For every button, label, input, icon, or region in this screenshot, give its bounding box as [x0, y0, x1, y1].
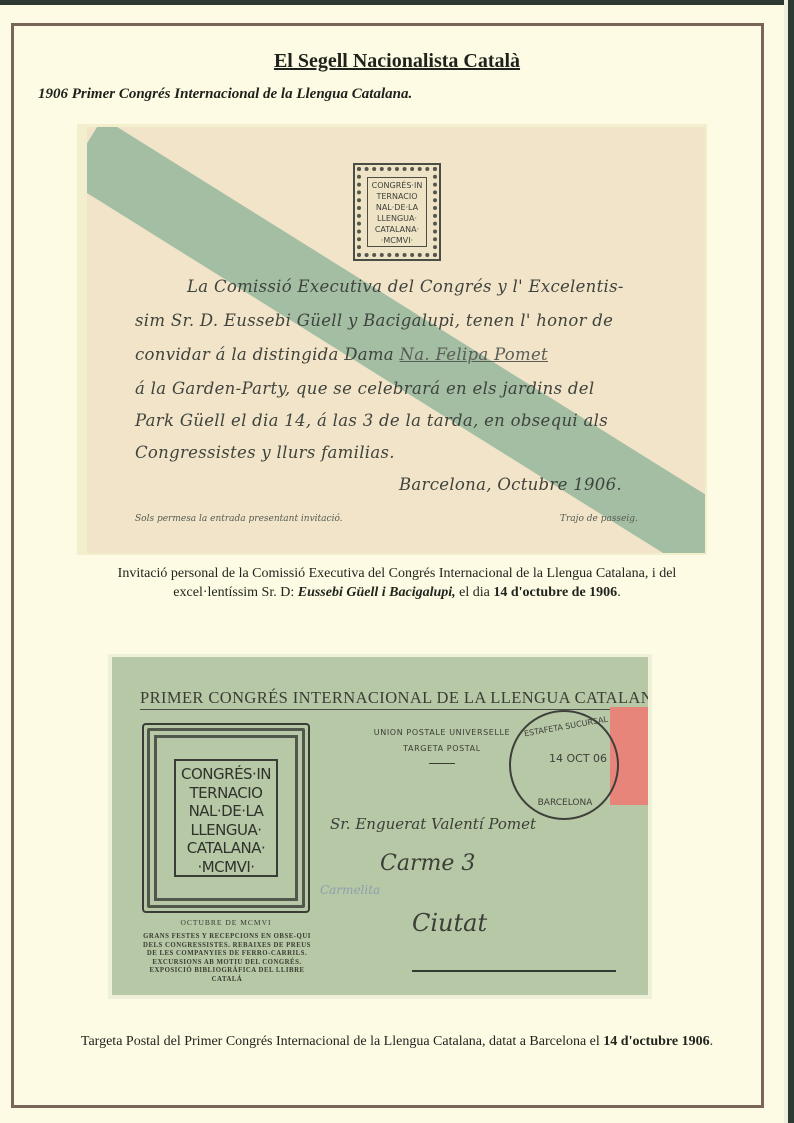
emblem-line: CONGRÉS·IN: [368, 180, 426, 191]
invitation-card: CONGRÉS·IN TERNACIO NAL·DE·LA LLENGUA· C…: [87, 127, 705, 553]
invitation-line: Congressistes y llurs familias.: [135, 443, 395, 462]
postcard-header: PRIMER CONGRÉS INTERNACIONAL DE LA LLENG…: [140, 688, 648, 708]
address-line-2: Carme 3: [380, 851, 475, 876]
postcard-date-label: OCTUBRE DE MCMVI: [142, 918, 310, 927]
emblem-line: CONGRÉS·IN: [176, 765, 276, 784]
targeta-rule: [429, 763, 455, 764]
header-rule: [140, 709, 624, 710]
emblem-line: NAL·DE·LA: [368, 202, 426, 213]
postmark-date: 14 OCT 06: [549, 752, 607, 765]
emblem-line: CATALANA·: [368, 224, 426, 235]
caption-text: Targeta Postal del Primer Congrés Intern…: [81, 1034, 603, 1049]
emblem-line: LLENGUA·: [176, 821, 276, 840]
postmark-top: ESTAFETA SUCURSAL: [523, 715, 609, 739]
postmark-icon: ESTAFETA SUCURSAL 14 OCT 06 BARCELONA: [509, 710, 619, 820]
caption-line: excel·lentíssim Sr. D: Eussebi Güell i B…: [40, 583, 754, 602]
emblem-text: CONGRÉS·IN TERNACIO NAL·DE·LA LLENGUA· C…: [174, 759, 278, 877]
caption-name: Eussebi Güell i Bacigalupi,: [298, 585, 456, 600]
page-title: El Segell Nacionalista Català: [0, 50, 794, 73]
invitation-place-date: Barcelona, Octubre 1906.: [399, 475, 622, 494]
caption-text: .: [617, 585, 621, 600]
caption-line: Invitació personal de la Comissió Execut…: [40, 564, 754, 583]
congress-emblem: CONGRÉS·IN TERNACIO NAL·DE·LA LLENGUA· C…: [353, 163, 441, 261]
invitation-line-text: convidar á la distingida Dama: [135, 345, 394, 364]
invitation-line: La Comissió Executiva del Congrés y l' E…: [187, 277, 624, 296]
postcard-emblem: CONGRÉS·IN TERNACIO NAL·DE·LA LLENGUA· C…: [142, 723, 310, 913]
invitation-footer-right: Trajo de passeig.: [560, 514, 638, 524]
address-rule: [412, 970, 616, 972]
emblem-line: LLENGUA·: [368, 213, 426, 224]
caption-text: el dia: [456, 585, 494, 600]
address-name: Enguerat Valentí Pomet: [355, 815, 536, 833]
upu-label: UNION POSTALE UNIVERSELLE: [342, 728, 542, 737]
handwritten-guest-name: Na. Felipa Pomet: [400, 345, 548, 364]
address-prefix: Sr.: [330, 815, 351, 833]
address-line-3: Ciutat: [412, 909, 487, 937]
caption-text: excel·lentíssim Sr. D:: [173, 585, 297, 600]
postmark-bottom: BARCELONA: [525, 798, 605, 808]
caption-text: .: [710, 1034, 714, 1049]
emblem-line: CATALANA·: [176, 839, 276, 858]
scan-edge-top: [0, 0, 794, 5]
emblem-line: TERNACIO: [368, 191, 426, 202]
emblem-text: CONGRÉS·IN TERNACIO NAL·DE·LA LLENGUA· C…: [367, 177, 427, 247]
caption-date: 14 d'octubre 1906: [603, 1034, 709, 1049]
invitation-line: convidar á la distingida Dama Na. Felipa…: [135, 345, 548, 364]
invitation-footer-left: Sols permesa la entrada presentant invit…: [135, 514, 343, 524]
section-title: 1906 Primer Congrés Internacional de la …: [38, 86, 412, 103]
emblem-line: NAL·DE·LA: [176, 802, 276, 821]
emblem-line: ·MCMVI·: [176, 858, 276, 877]
emblem-line: ·MCMVI·: [368, 235, 426, 246]
caption-date: 14 d'octubre de 1906: [493, 585, 617, 600]
postcard-caption: Targeta Postal del Primer Congrés Intern…: [20, 1032, 774, 1051]
invitation-line: á la Garden-Party, que se celebrará en e…: [135, 379, 594, 398]
invitation-line: sim Sr. D. Eussebi Güell y Bacigalupi, t…: [135, 311, 613, 330]
address-line-1: Sr. Enguerat Valentí Pomet: [330, 815, 536, 833]
address-pencil-note: Carmelita: [320, 883, 380, 897]
invitation-caption: Invitació personal de la Comissió Execut…: [40, 564, 754, 602]
scan-edge-right: [788, 0, 794, 1123]
postcard-blurb: GRANS FESTES Y RECEPCIONS EN OBSE-QUI DE…: [142, 933, 312, 985]
emblem-line: TERNACIO: [176, 784, 276, 803]
invitation-line: Park Güell el dia 14, á las 3 de la tard…: [135, 411, 608, 430]
postcard: PRIMER CONGRÉS INTERNACIONAL DE LA LLENG…: [112, 657, 648, 995]
